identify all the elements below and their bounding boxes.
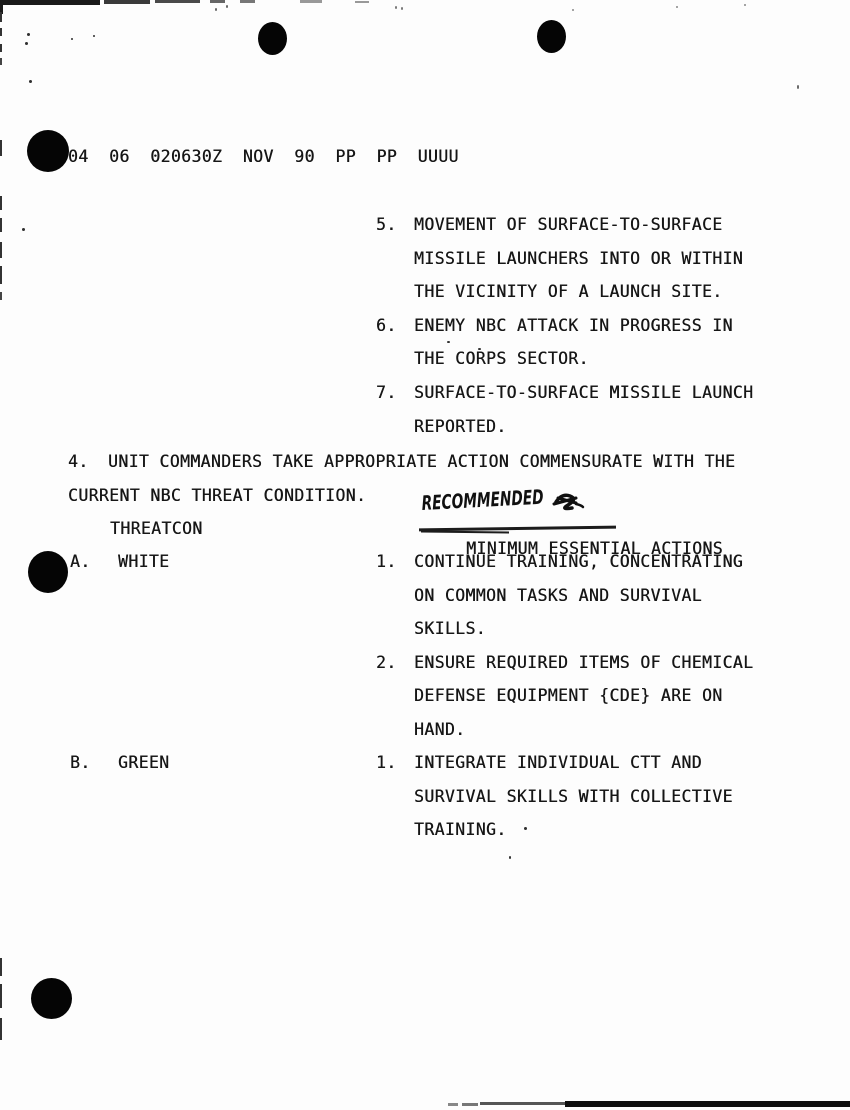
scan-speck xyxy=(524,827,527,830)
scan-speck xyxy=(27,33,30,36)
scan-artifact xyxy=(0,28,2,36)
action-text: ENSURE REQUIRED ITEMS OF CHEMICAL xyxy=(414,653,753,673)
scan-artifact xyxy=(0,44,2,52)
handwritten-annotation-text: RECOMMENDED xyxy=(421,485,544,515)
action-text: SURVIVAL SKILLS WITH COLLECTIVE xyxy=(414,787,733,807)
list-item-text: THE VICINITY OF A LAUNCH SITE. xyxy=(414,282,723,302)
scan-artifact xyxy=(0,1018,2,1040)
scan-artifact xyxy=(0,140,2,156)
handwritten-annotation: RECOMMENDED xyxy=(418,484,608,524)
scan-artifact xyxy=(0,0,9,3)
scan-speck xyxy=(215,8,217,11)
scan-artifact xyxy=(0,0,100,5)
scan-artifact xyxy=(0,242,2,258)
redaction-dot xyxy=(31,978,72,1019)
list-item-number: 5. xyxy=(376,215,397,235)
action-number: 2. xyxy=(376,653,397,673)
scan-speck xyxy=(676,6,678,8)
redaction-dot xyxy=(28,551,68,593)
scan-artifact xyxy=(448,1103,458,1106)
scan-speck xyxy=(93,35,95,37)
scan-speck xyxy=(797,85,799,89)
column-header-threatcon: THREATCON xyxy=(110,519,203,539)
handwritten-scribble xyxy=(554,495,583,508)
list-item-number: 6. xyxy=(376,316,397,336)
message-header-line: 04 06 020630Z NOV 90 PP PP UUUU xyxy=(68,147,459,167)
list-item-text: MISSILE LAUNCHERS INTO OR WITHIN xyxy=(414,249,743,269)
action-text: INTEGRATE INDIVIDUAL CTT AND xyxy=(414,753,702,773)
list-item-number: 7. xyxy=(376,383,397,403)
list-item-text: SURFACE-TO-SURFACE MISSILE LAUNCH xyxy=(414,383,753,403)
scan-artifact xyxy=(462,1103,478,1106)
scan-artifact xyxy=(210,0,225,3)
action-number: 1. xyxy=(376,552,397,572)
list-item-text: MOVEMENT OF SURFACE-TO-SURFACE xyxy=(414,215,723,235)
scan-speck xyxy=(401,7,403,10)
scan-speck xyxy=(25,42,28,45)
scan-artifact xyxy=(0,266,2,284)
scan-artifact xyxy=(240,0,255,3)
scan-artifact xyxy=(0,58,2,65)
scan-speck xyxy=(29,80,32,83)
redaction-dot xyxy=(27,130,69,172)
scan-artifact xyxy=(0,984,2,1008)
scan-speck xyxy=(22,228,25,231)
hole-punch-mark xyxy=(537,20,566,53)
scan-artifact xyxy=(0,196,2,210)
action-text: CONTINUE TRAINING, CONCENTRATING xyxy=(414,552,743,572)
scan-artifact xyxy=(0,218,2,232)
scan-speck xyxy=(71,38,73,40)
list-item-text: REPORTED. xyxy=(414,417,507,437)
action-text: TRAINING. xyxy=(414,820,507,840)
scan-artifact xyxy=(355,1,369,3)
scan-speck xyxy=(509,856,511,859)
scan-artifact xyxy=(300,0,322,3)
action-text: DEFENSE EQUIPMENT {CDE} ARE ON xyxy=(414,686,723,706)
scan-artifact xyxy=(0,958,2,976)
scan-artifact xyxy=(480,1102,565,1105)
row-condition: GREEN xyxy=(118,753,169,773)
row-letter: B. xyxy=(70,753,91,773)
scan-speck xyxy=(447,341,450,343)
action-text: HAND. xyxy=(414,720,465,740)
scan-speck xyxy=(395,6,397,9)
list-item-text: ENEMY NBC ATTACK IN PROGRESS IN xyxy=(414,316,733,336)
action-text: SKILLS. xyxy=(414,619,486,639)
row-letter: A. xyxy=(70,552,91,572)
scan-artifact xyxy=(0,12,2,22)
scan-artifact xyxy=(0,292,2,300)
list-item-text: THE CORPS SECTOR. xyxy=(414,349,589,369)
scan-speck xyxy=(744,4,746,6)
scan-artifact xyxy=(155,0,200,3)
scan-speck xyxy=(572,9,574,11)
action-text: ON COMMON TASKS AND SURVIVAL xyxy=(414,586,702,606)
row-condition: WHITE xyxy=(118,552,169,572)
scan-artifact xyxy=(104,0,150,4)
hole-punch-mark xyxy=(258,22,287,55)
scanned-document-page: 04 06 020630Z NOV 90 PP PP UUUU 5. MOVEM… xyxy=(0,0,850,1110)
paragraph-text: CURRENT NBC THREAT CONDITION. xyxy=(68,486,366,506)
scan-speck xyxy=(226,5,228,8)
paragraph-number: 4. xyxy=(68,452,89,472)
scan-artifact xyxy=(565,1101,850,1107)
paragraph-text: UNIT COMMANDERS TAKE APPROPRIATE ACTION … xyxy=(108,452,735,472)
action-number: 1. xyxy=(376,753,397,773)
